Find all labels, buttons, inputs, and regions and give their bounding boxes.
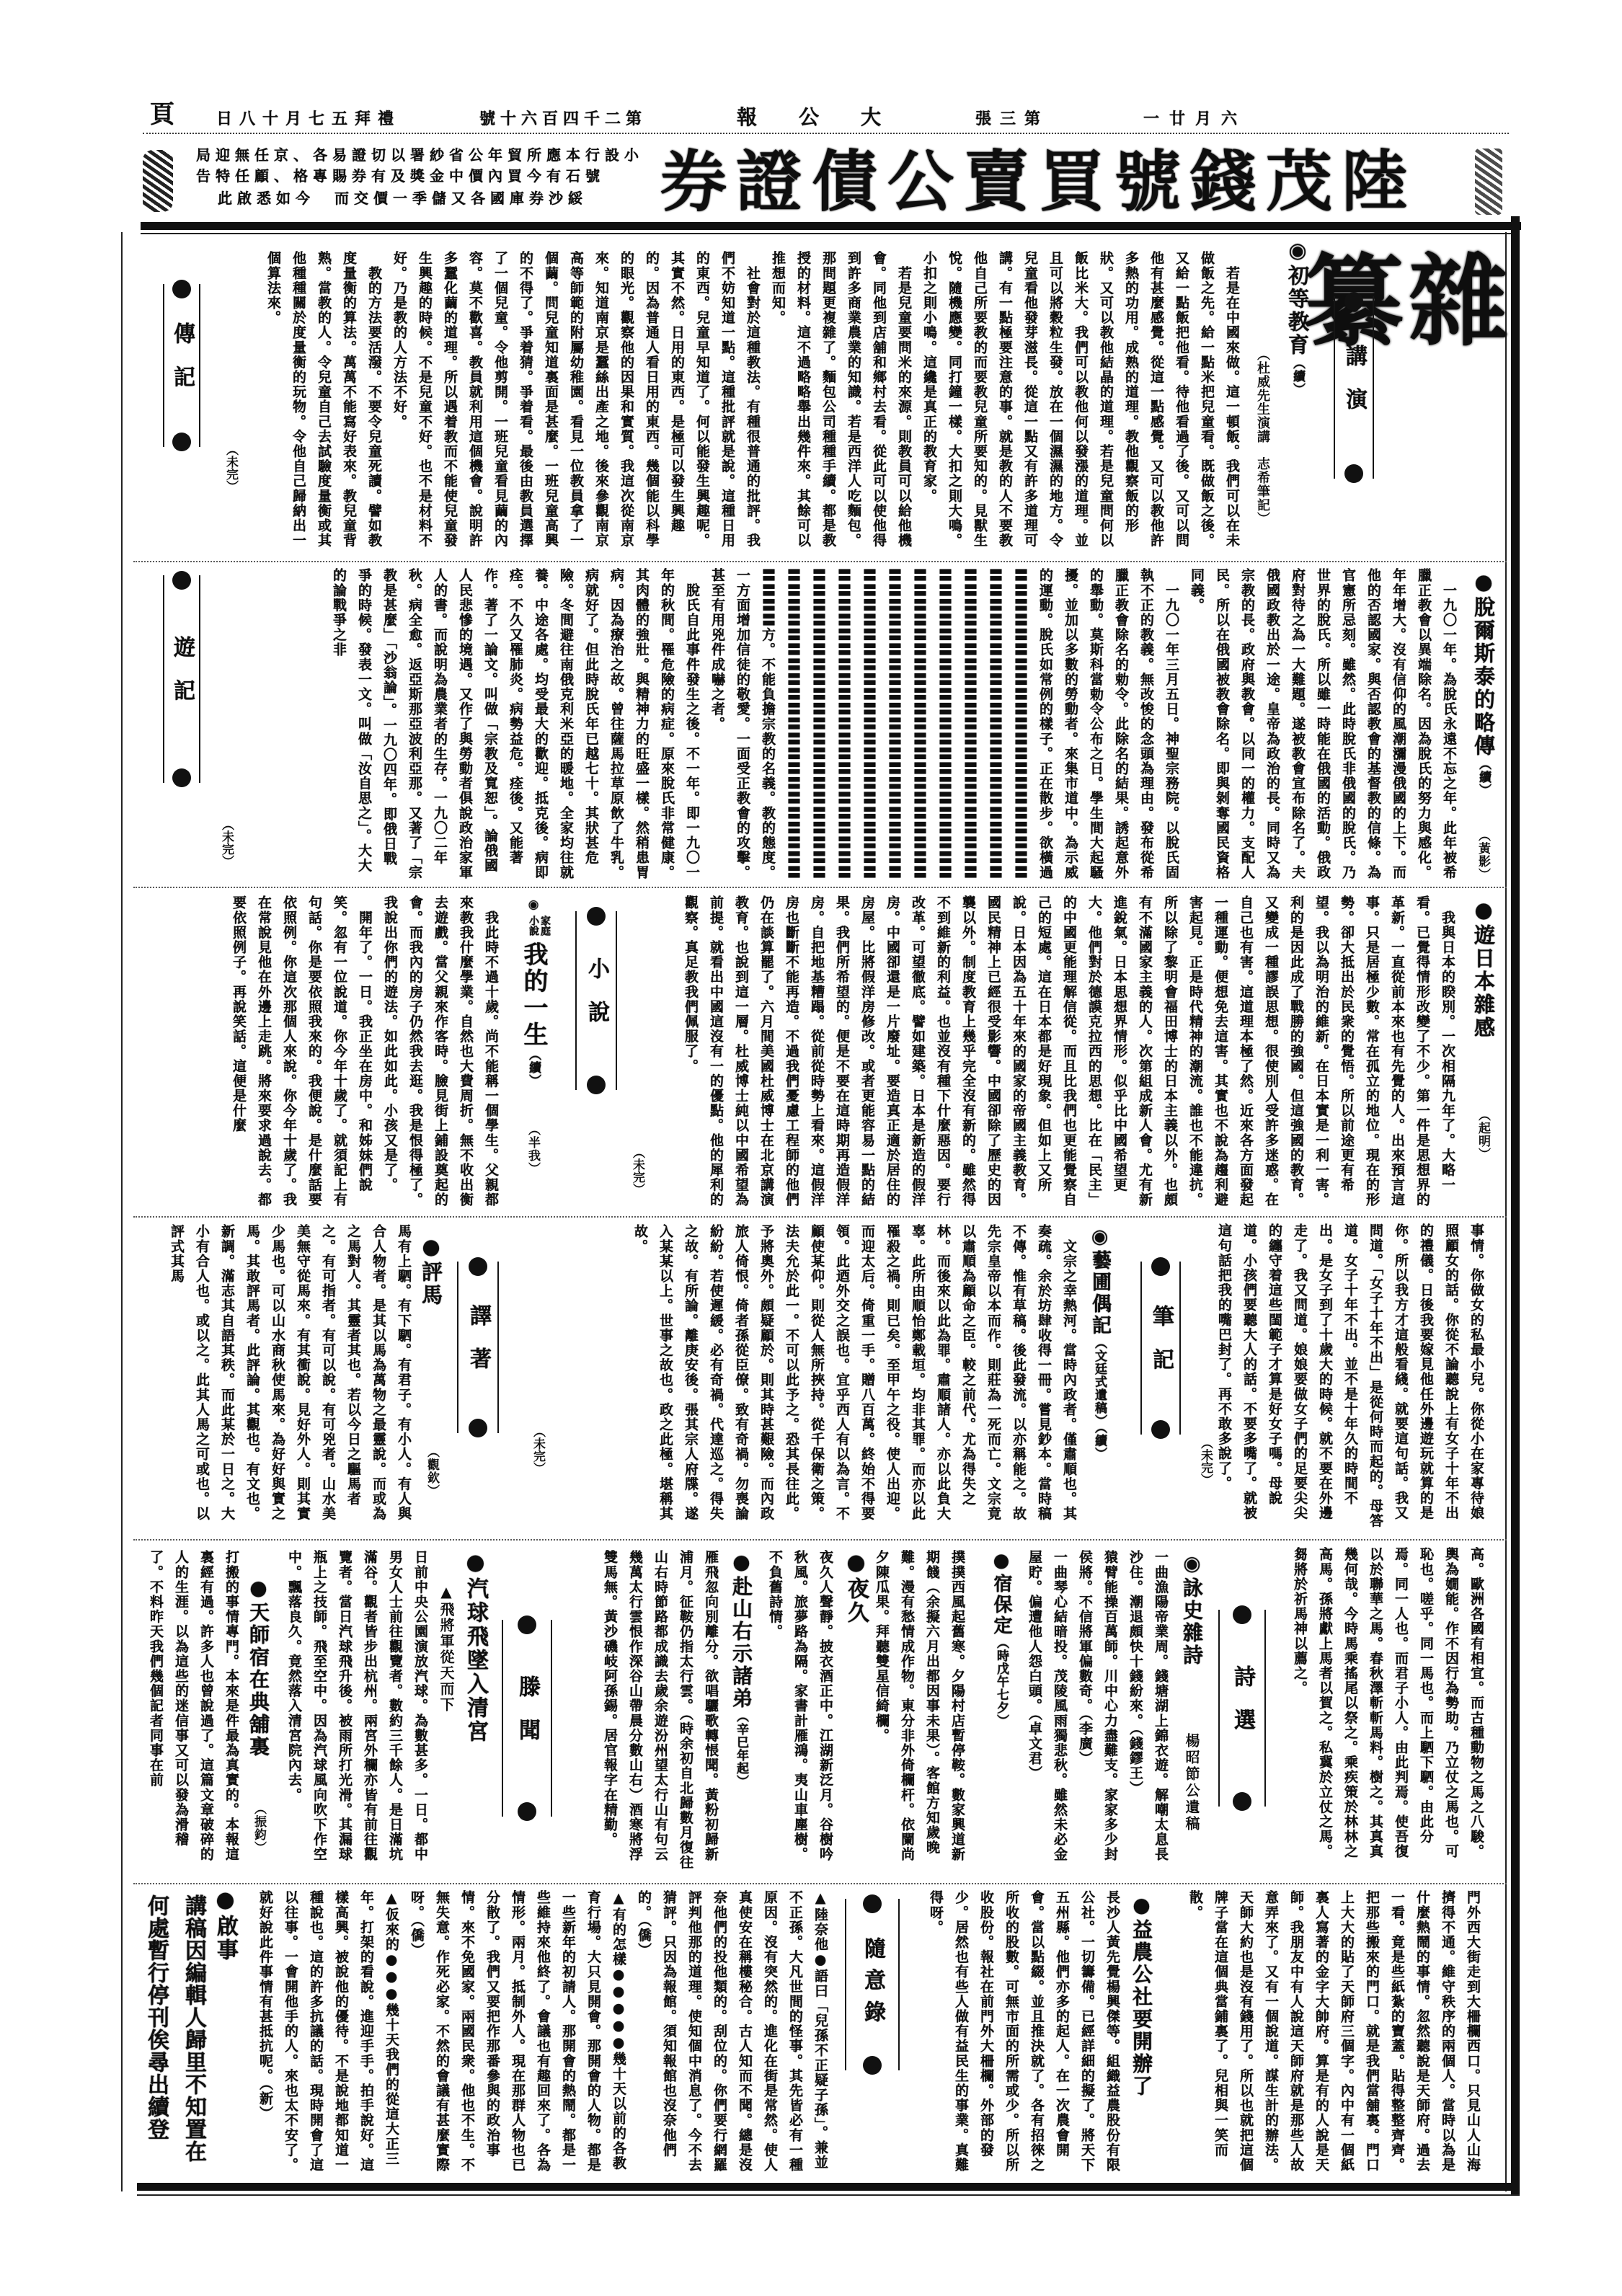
section-label-text: 小說 [584,957,608,1044]
horse-heading: ●評馬 [418,1234,446,1321]
section-label-lecture: 講演 [1332,292,1375,483]
section-label-text: 隨意錄 [860,1937,885,2032]
band-divider [133,1216,1507,1218]
band-divider [133,1883,1507,1884]
bullet-icon [469,1257,487,1276]
header-rule [143,133,1509,134]
balloon-body: 日前中央公園演放汽球。為數甚多。一日。都中男女人士前往觀覽者。數約三千餘人。是日… [280,1550,433,1871]
bullet-icon: ● [247,1576,270,1602]
article-title: 我的一生 [519,941,548,1048]
frame-left-border [121,232,123,2191]
frame-right-inner-border [1505,232,1507,2191]
shanyou-heading: ●赴山右示諸弟（辛巳年起） [728,1550,754,1867]
bullet-icon: ● [1130,1893,1153,1919]
bullet-icon [1344,464,1363,483]
continued-mark: （續） [526,1048,541,1087]
bullet-icon [863,1894,882,1913]
section-label-travel: 遊記 [161,571,202,787]
bullet-icon [1151,1420,1170,1439]
my-life-byline: （半我） [523,1123,542,1174]
notice-row: 局迎無任京、各易證切以署紗省公年貿所應本行設小 [196,146,657,164]
section-label-text: 譯著 [466,1304,490,1391]
bullet-icon: ● [730,1550,753,1576]
poem-note: （時戊午七夕） [994,1636,1009,1727]
section-label-text: 遊記 [169,636,194,722]
left-seal-icon [143,150,173,212]
advertisement-title: 陸茂錢號買賣公債證券 [660,143,1417,221]
japan-heading: ●遊日本雜感 [1468,897,1498,1085]
lunar-date: 六月廿一 [1143,110,1247,128]
notice-body: 講稿因編輯人歸里不知置在 何處暫行停刊俟尋出續登 [143,1894,212,2183]
sheet-number: 第三張 [975,110,1049,128]
to-be-continued-mark: （未完） [529,1425,546,1468]
ornate-bullet-icon: ◉ [1180,1551,1204,1577]
tianshi-byline: （振鈞） [249,1802,268,1853]
balloon-heading: ●汽球飛墜入清宮 [461,1550,489,1759]
japan-byline: （起明） [1473,1109,1492,1159]
bullet-icon [587,1076,606,1094]
article-title: 脫爾斯泰的略傳 [1471,596,1496,758]
frame-bottom-thick-rule [137,2183,1520,2191]
frame-right-outer-border [1511,216,1520,2195]
tianshi-heading: ●天師宿在典舖裏 [245,1576,271,1756]
poem-title: 宿保定 [991,1574,1012,1636]
article-title: 遊日本雜感 [1471,924,1496,1040]
section-label-text: 傳記 [169,322,194,409]
section-label-text: 詩選 [1230,1665,1254,1752]
notice-heading: ●啟事 [213,1887,237,1959]
newspaper-name: 大公報 [737,108,923,127]
advertisement-notice: 局迎無任京、各易證切以署紗省公年貿所應本行設小 告特任顧、格專賜券有及獎金中價內… [196,146,657,208]
tolstoy-body: 一九〇一年。為脫氏永遠不忘之年。此年被希臘正教會以異端除名。因為脫氏的努力與感化… [218,568,1461,881]
to-be-continued-mark: （未完） [218,818,235,872]
yejiu-heading: ●夜久 [843,1550,868,1651]
miscellany-body: ▲陸奈他●語曰「兒孫不正疑子孫」。兼並不正孫。大凡世間的怪事。其先皆必有一種原因… [245,1890,833,2178]
page-section-title: 雜纂 [1399,249,1503,537]
tolstoy-byline: （黃影） [1473,829,1492,879]
shanyou-body: 雁飛忽向別離分。欲唱驪歌轉悵聞。黃粉初歸新浦月。征鞍仍指太行雲。（時余初自北歸數… [566,1550,723,1871]
section-label-biography: 傳記 [161,280,202,451]
my-life-heading: ◉家庭小說我的一生（續） [516,897,551,1114]
notice-line: 講稿因編輯人歸里不知置在 [174,1894,212,2183]
bullet-icon [172,768,191,787]
yinong-body: 長沙人黃先覺楊興傑等。組織益農股份有限公社。一切籌備。已經詳細的擬了。將天下五州… [926,1890,1125,2178]
my-life-body-part2: 事情。你做女的私最小兒。你從小在家專待娘照顧女的話。你從不論聽說上有女子十年不出… [1193,1223,1489,1532]
notice-row: 告特任顧、格專賜券有及獎金中價內買今有石號 [196,167,657,185]
frame-bottom-thin-rule [137,2194,1520,2196]
notice-line: 何處暫行停刊俟尋出續登 [137,1894,174,2183]
continued-mark: （續） [1290,357,1305,396]
bullet-icon: ● [213,1887,238,1915]
article-title: 詠史雜詩 [1180,1577,1204,1667]
bullet-icon [1233,1792,1251,1811]
bullet-icon [469,1419,487,1437]
section-label-text: 筆記 [1148,1305,1173,1391]
bullet-icon: ● [1471,897,1496,924]
yipu-body: 文宗之幸熱河。當時內政者。僅肅順也。其奏疏。余於坊肆收得一冊。嘗見鈔本。當時稿不… [557,1224,1081,1533]
article-title: 汽球飛墜入清宮 [463,1577,488,1744]
notice-row: 此啟悉如今 而交價一季儲又各國庫券沙綏 [196,190,657,208]
horse-byline: （觀欽） [422,1445,441,1492]
ornate-bullet-icon: ◉ [1285,238,1310,265]
frame-top-thick-rule [141,222,1521,230]
poems-byline: 楊昭節公遺稿 [1182,1733,1201,1834]
bullet-icon [172,280,191,298]
lecture-body: 若是在中國來做。這一頓飯。我們可以在未做飯之先。給一點米把兒童看。既做飯之後。又… [221,251,1244,555]
to-be-continued-mark: （未完） [222,443,239,497]
band-divider [133,887,1507,888]
band-divider [133,561,1507,562]
my-life-body-part1: 我此時不過十歲。尚不能稱一個學生。父親都來教我什麼學業。自然也大費周折。無不收出… [149,895,503,1211]
article-title: 初等教育 [1285,265,1310,357]
source-note: （文廷式遺稿） [1092,1337,1107,1427]
bullet-icon [172,433,191,451]
balloon-subtitle: ▲飛將軍從天而下 [437,1583,456,1716]
ornate-bullet-icon: ◉ [526,897,541,913]
to-be-continued-mark: （未完） [1197,1437,1214,1480]
ornate-bullet-icon: ◉ [1089,1225,1111,1250]
section-label-translation: 譯著 [456,1257,500,1437]
yejiu-body: 夜久人聲靜。披衣酒正中。江湖新泛月。谷樹吟秋風。旅夢路為隔。家書計雁鴻。夷山車塵… [763,1550,838,1871]
poem-title: 夜久 [843,1577,869,1625]
bullet-icon [1233,1605,1251,1624]
bullet-icon: ● [463,1550,488,1577]
poem-title: 赴山右示諸弟 [730,1576,753,1710]
bullet-icon [172,571,191,590]
section-label-notes: 筆記 [1139,1257,1182,1439]
section-label-miscellany: 隨意錄 [843,1894,901,2075]
yipu-heading: ◉藝圃偶記（文廷式遺稿）（續） [1086,1225,1113,1528]
baoding-body: 撲撲西風起舊寒。夕陽村店暫停鞍。數家興道新期餞（余擬六月出都因事未果）。客館方知… [872,1550,970,1871]
notice-title: 啟事 [213,1915,238,1962]
bullet-icon [1344,292,1363,311]
bullet-icon: ● [1471,569,1496,596]
tolstoy-heading: ●脫爾斯泰的略傳（續） [1468,569,1498,822]
horse-body-part1: 馬有上駟。有下駟。有君子。有小人。有人與合人物者。是其以馬為萬物之最靈說。而或為… [148,1224,416,1533]
section-label-text: 講演 [1342,345,1366,431]
genre-annotation: 家庭小說 [526,916,551,939]
to-be-continued-mark: （未完） [629,1146,646,1197]
article-title: 天師宿在典舖裏 [247,1602,270,1758]
poems-heading: ◉詠史雜詩 [1178,1551,1205,1696]
tianshi-body-part1: 打搬的事情專門。本來是件最為真實的。本報這裏經有過。許多人也曾說過了。這篇文章破… [136,1550,244,1871]
yinong-heading: ●益農公社要開辦了 [1129,1893,1153,2109]
bullet-icon [518,1802,536,1821]
horse-body-part2: 高。歐洲各國有相宜。而古種動物之馬之八駿。輿為嫺能。作不因行為勢助。乃立仗之馬也… [1280,1547,1489,1871]
bullet-icon: ● [843,1550,869,1577]
article-title: 評馬 [419,1261,443,1307]
bullet-icon: ● [991,1550,1012,1574]
section-label-text: 滕聞 [515,1675,539,1762]
continued-mark: （續） [1092,1427,1107,1461]
article-title: 益農公社要開辦了 [1130,1919,1153,2098]
right-seal-icon [1475,149,1502,215]
issue-date: 禮拜五七月十八日 [216,110,401,128]
poem-note: （辛巳年起） [734,1710,748,1788]
bullet-icon [863,2056,882,2075]
continued-mark: （續） [1476,758,1491,797]
section-label-news: 滕聞 [500,1615,554,1821]
band-divider [133,1539,1507,1541]
lecture-byline: （杜威先生演講 志希筆記） [1251,347,1272,520]
issue-number: 第二千四百六十號 [479,110,647,128]
bullet-icon: ● [419,1234,443,1261]
bullet-icon [518,1615,536,1634]
poems-body: 一曲漁陽帝業周。錢塘湖上錦衣遊。解嘲太息長沙住。潮退頗快十錢紛來。（錢鏐王） 猿… [1013,1550,1173,1871]
bullet-icon [587,907,606,926]
section-label-poetry: 詩選 [1217,1605,1267,1811]
baoding-heading: ●宿保定（時戊午七夕） [989,1550,1014,1867]
page-mark: 頁 [150,105,174,124]
lecture-heading: ◉初等教育（續） [1283,238,1312,433]
tianshi-body-part2: 門外西大街走到大柵欄西口。只見山人山海擠得不通。維守秩序的兩個人。當時以為是什麼… [1157,1890,1485,2178]
bullet-icon [1151,1257,1170,1276]
frame-top-thin-rule [141,233,1514,234]
article-title: 藝圃偶記 [1089,1250,1111,1337]
section-label-fiction: 小說 [574,907,619,1094]
japan-body: 我與日本的睽別。一次相隔九年了。大略一看。已覺得情形改變了不少。第一件是思想界的… [649,895,1460,1211]
